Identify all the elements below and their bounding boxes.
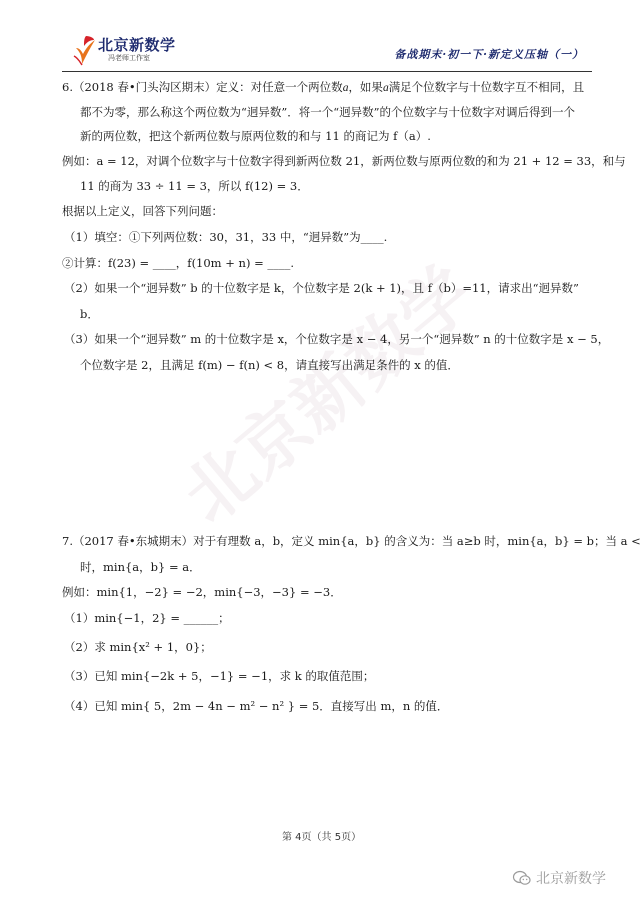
header-title: 备战期末·初一下·新定义压轴（一）	[394, 46, 584, 62]
problem6-q2-line2: b．	[80, 307, 99, 321]
wechat-icon	[512, 870, 532, 886]
problem6-instruction: 根据以上定义，回答下列问题：	[62, 204, 223, 218]
problem7-line2: 时，min{a，b} = a．	[80, 560, 201, 574]
problem7-example: 例如：min{1，−2} = −2，min{−3，−3} = −3．	[62, 585, 342, 599]
problem6-example-line2: 11 的商为 33 ÷ 11 = 3，所以 f(12) = 3．	[80, 179, 309, 193]
problem6-example-line1: 例如：a = 12，对调个位数字与十位数字得到新两位数 21，新两位数与原两位数…	[62, 154, 626, 168]
problem6-line1: 6.（2018 春•门头沟区期末）定义：对任意一个两位数a，如果a满足个位数字与…	[62, 80, 584, 95]
problem6-line2: 都不为零，那么称这个两位数为“迥异数”．将一个“迥异数”的个位数字与十位数字对调…	[80, 105, 575, 119]
problem7-line1: 7.（2017 春•东城期末）对于有理数 a，b，定义 min{a，b} 的含义…	[62, 534, 640, 548]
logo-icon	[72, 34, 96, 66]
problem6-q1b: ②计算：f(23) = ____，f(10m + n) = ____.	[62, 256, 294, 270]
problem7-q1: （1）min{−1，2} = ______；	[64, 611, 230, 625]
problem6-line3: 新的两位数，把这个新两位数与原两位数的和与 11 的商记为 f（a）.	[80, 129, 431, 143]
wechat-account-name: 北京新数学	[536, 868, 606, 888]
problem7-q4: （4）已知 min{ 5，2m − 4n − m² − n² } = 5．直接写…	[64, 699, 448, 713]
problem7-q2: （2）求 min{x² + 1，0}；	[64, 640, 212, 654]
brand-name: 北京新数学	[98, 34, 176, 55]
header-divider	[62, 71, 592, 72]
problem6-q1a: （1）填空：①下列两位数：30，31，33 中，“迥异数”为____.	[64, 230, 387, 244]
wechat-watermark: 北京新数学	[512, 868, 606, 888]
problem7-q3: （3）已知 min{−2k + 5，−1} = −1，求 k 的取值范围；	[64, 669, 374, 683]
page-header: 北京新数学 冯老师工作室 备战期末·初一下·新定义压轴（一）	[62, 30, 592, 72]
problem6-q2-line1: （2）如果一个“迥异数” b 的十位数字是 k，个位数字是 2(k + 1)，且…	[64, 281, 579, 295]
brand-subtitle: 冯老师工作室	[108, 53, 150, 63]
problem6-q3-line1: （3）如果一个“迥异数” m 的十位数字是 x，个位数字是 x − 4，另一个“…	[64, 332, 609, 346]
problem6-q3-line2: 个位数字是 2，且满足 f(m) − f(n) < 8，请直接写出满足条件的 x…	[80, 358, 459, 372]
page-number: 第 4页（共 5页）	[282, 828, 361, 843]
